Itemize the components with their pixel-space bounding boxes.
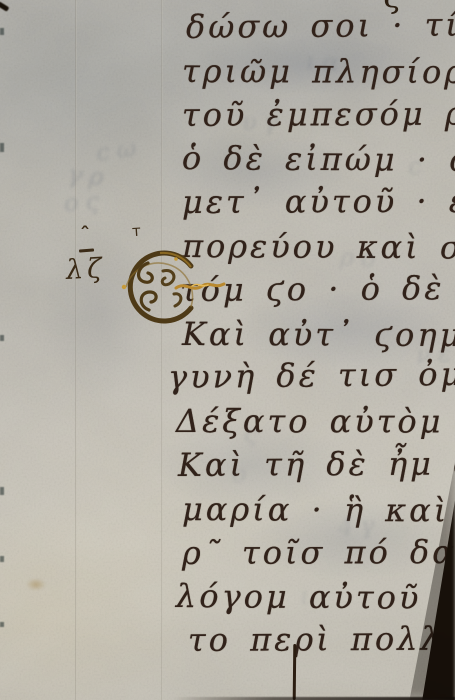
bleedthrough-mark: γρ [67,160,112,192]
marginal-section-number: λζ [65,253,106,286]
text-line: Καὶ τῆ δὲ ἦμ ἀδελ [178,444,455,484]
text-line: Δέξατο αὐτὸμ ε [176,402,455,441]
text-line: λόγομ αὐτοῦ · ἡ δ [176,577,455,618]
ruling-line [161,0,163,700]
text-line: το περὶ πολλ · [188,620,455,660]
film-edge-mark [0,622,4,627]
text-line: ρ῀ τοῖσ πό δα [182,533,455,572]
film-edge-mark [0,335,4,341]
top-left-film-artifact [0,1,9,12]
illuminated-initial-epsilon [118,246,236,332]
rho-descender-stroke [293,644,297,700]
text-line: δώσω σοι · τίσ ο [186,5,455,46]
text-line: μαρία · ἣ καὶ πα [182,490,455,530]
manuscript-page-photo: ϛ δώσω σοι · τίσ οτριῶμ πλησίορτοῦ ἐμπεσ… [0,0,455,700]
film-edge-mark [0,143,4,152]
fold-line [75,0,77,700]
film-edge-mark [0,556,4,562]
marginal-overline [79,248,94,252]
marginal-circumflex-mark: ˆ [80,222,90,246]
marginal-tau-mark: ᴛ [131,222,141,241]
text-line: ὁ δὲ εἰπώμ · ὁ π [182,139,455,179]
text-line: τοῦ ἐμπεσόμ ρ῀ [182,94,455,134]
text-line: μετ᾽ αὐτοῦ · εἰπ [182,182,455,221]
film-edge-mark [0,487,4,495]
text-line: τριῶμ πλησίορ [182,52,455,91]
bleedthrough-mark: ος [63,187,107,218]
film-edge-mark [0,28,4,35]
text-line: γυνὴ δέ τισ ὀμά [168,355,455,396]
bleedthrough-mark: ϲω [94,133,144,167]
parchment-stain [26,578,46,591]
